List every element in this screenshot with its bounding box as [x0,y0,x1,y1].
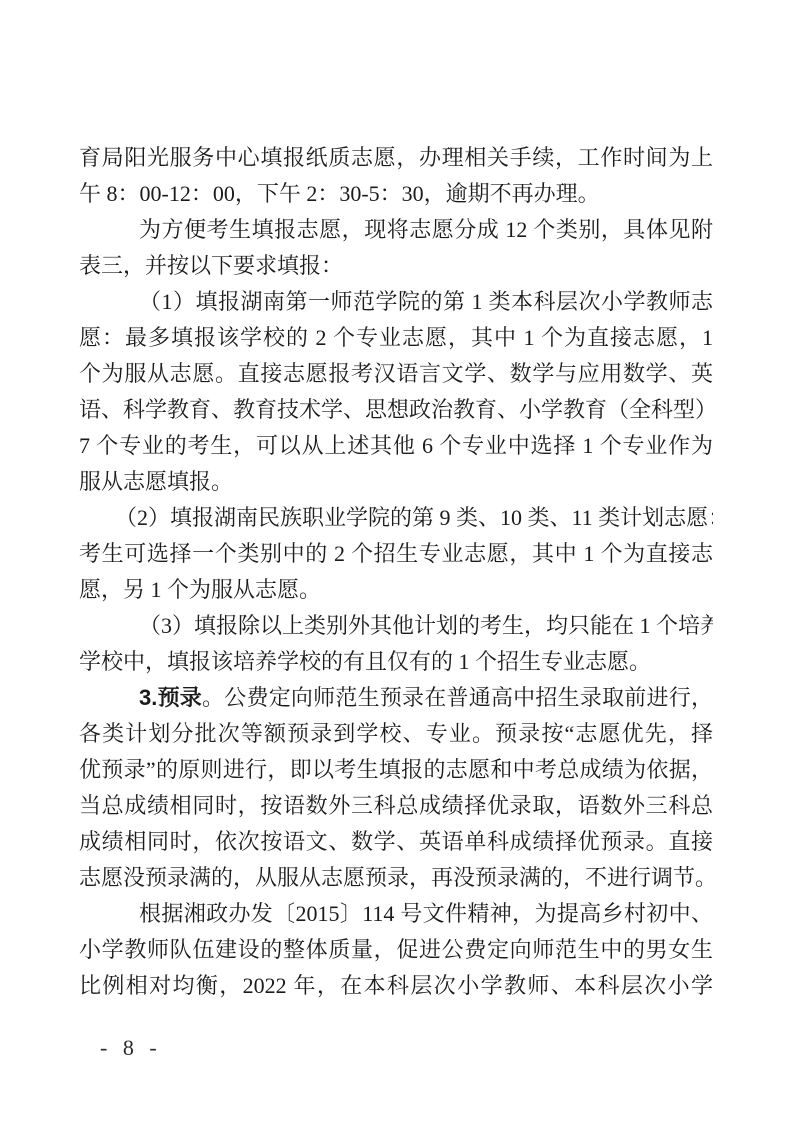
text-line: 比例相对均衡，2022 年，在本科层次小学教师、本科层次小学 [79,968,713,1004]
page-number: - 8 - [100,1036,160,1060]
text-line: 7 个专业的考生，可以从上述其他 6 个专业中选择 1 个专业作为 [79,428,713,464]
text-line: 愿：最多填报该学校的 2 个专业志愿，其中 1 个为直接志愿，1 [79,320,713,356]
text-line: 午 8：00-12：00，下午 2：30-5：30，逾期不再办理。 [79,176,713,212]
bold-run: 3.预录 [139,685,202,710]
text-run: 。公费定向师范生预录在普通高中招生录取前进行， [202,685,713,710]
text-line: 志愿没预录满的，从服从志愿预录，再没预录满的，不进行调节。 [79,860,713,896]
text-line: 根据湘政办发〔2015〕114 号文件精神，为提高乡村初中、 [79,896,713,932]
text-line: （2）填报湖南民族职业学院的第 9 类、10 类、11 类计划志愿： [79,500,713,536]
text-line: 成绩相同时，依次按语文、数学、英语单科成绩择优预录。直接 [79,824,713,860]
text-line: 学校中，填报该培养学校的有且仅有的 1 个招生专业志愿。 [79,644,713,680]
text-line: 当总成绩相同时，按语数外三科总成绩择优录取，语数外三科总 [79,788,713,824]
document-body: 育局阳光服务中心填报纸质志愿，办理相关手续，工作时间为上午 8：00-12：00… [79,140,713,1004]
text-line: 育局阳光服务中心填报纸质志愿，办理相关手续，工作时间为上 [79,140,713,176]
text-line: 各类计划分批次等额预录到学校、专业。预录按“志愿优先，择 [79,716,713,752]
text-line: 表三，并按以下要求填报： [79,248,713,284]
text-line: 为方便考生填报志愿，现将志愿分成 12 个类别，具体见附 [79,212,713,248]
text-line: （1）填报湖南第一师范学院的第 1 类本科层次小学教师志 [79,284,713,320]
text-line: 语、科学教育、教育技术学、思想政治教育、小学教育（全科型） [79,392,713,428]
text-line: 服从志愿填报。 [79,464,713,500]
document-page: 育局阳光服务中心填报纸质志愿，办理相关手续，工作时间为上午 8：00-12：00… [0,0,793,1122]
text-line: 优预录”的原则进行，即以考生填报的志愿和中考总成绩为依据， [79,752,713,788]
text-line: 愿，另 1 个为服从志愿。 [79,572,713,608]
text-line: 小学教师队伍建设的整体质量，促进公费定向师范生中的男女生 [79,932,713,968]
text-line: （3）填报除以上类别外其他计划的考生，均只能在 1 个培养 [79,608,713,644]
text-line: 3.预录。公费定向师范生预录在普通高中招生录取前进行， [79,680,713,716]
text-line: 考生可选择一个类别中的 2 个招生专业志愿，其中 1 个为直接志 [79,536,713,572]
text-line: 个为服从志愿。直接志愿报考汉语言文学、数学与应用数学、英 [79,356,713,392]
